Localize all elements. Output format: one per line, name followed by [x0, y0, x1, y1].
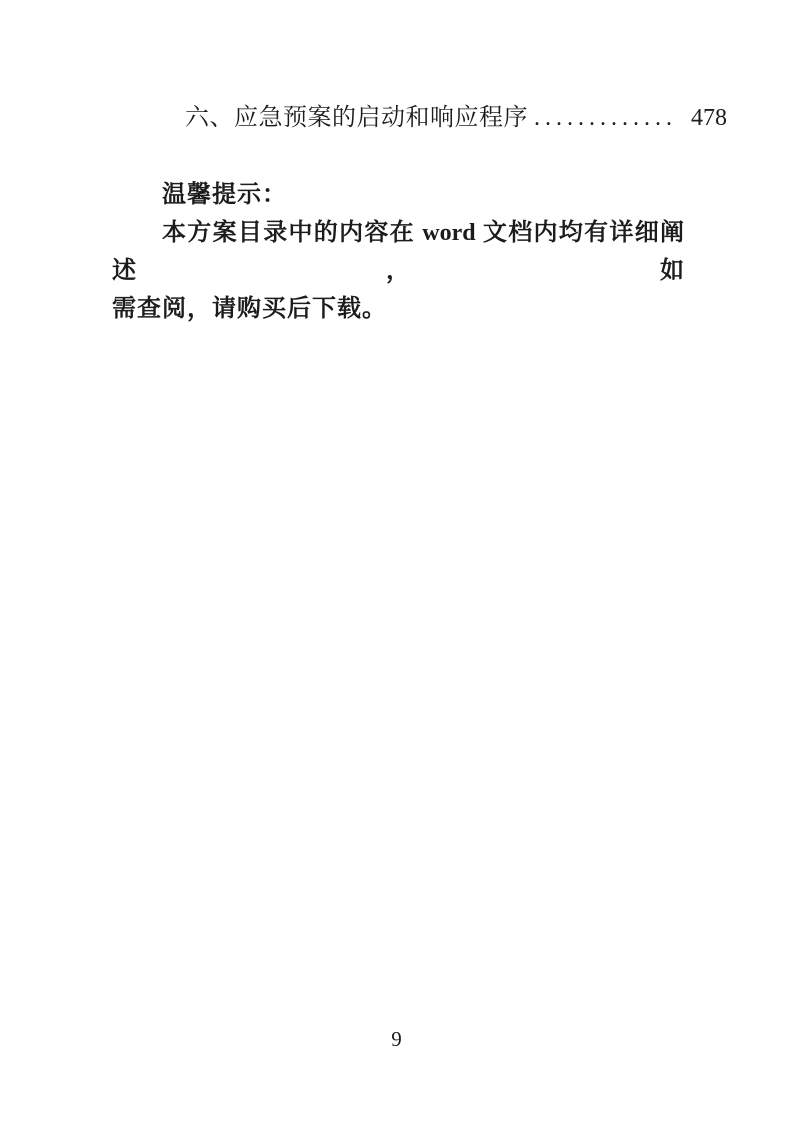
- toc-leader-dots: .............: [534, 100, 677, 136]
- toc-entry: 六、应急预案的启动和响应程序 ............. 478: [185, 100, 681, 136]
- notice-heading: 温馨提示：: [162, 176, 287, 214]
- notice-paragraph: 本方案目录中的内容在 word 文档内均有详细阐述，如 需查阅，请购买后下载。: [112, 214, 684, 328]
- notice-body-line-1: 本方案目录中的内容在 word 文档内均有详细阐述，如: [112, 214, 684, 290]
- toc-entry-title: 六、应急预案的启动和响应程序: [185, 100, 528, 136]
- footer-page-number: 9: [0, 1026, 793, 1052]
- document-page: 六、应急预案的启动和响应程序 ............. 478 温馨提示： 本…: [0, 0, 793, 1122]
- notice-body-line-2: 需查阅，请购买后下载。: [112, 290, 684, 328]
- toc-page-number: 478: [691, 100, 727, 136]
